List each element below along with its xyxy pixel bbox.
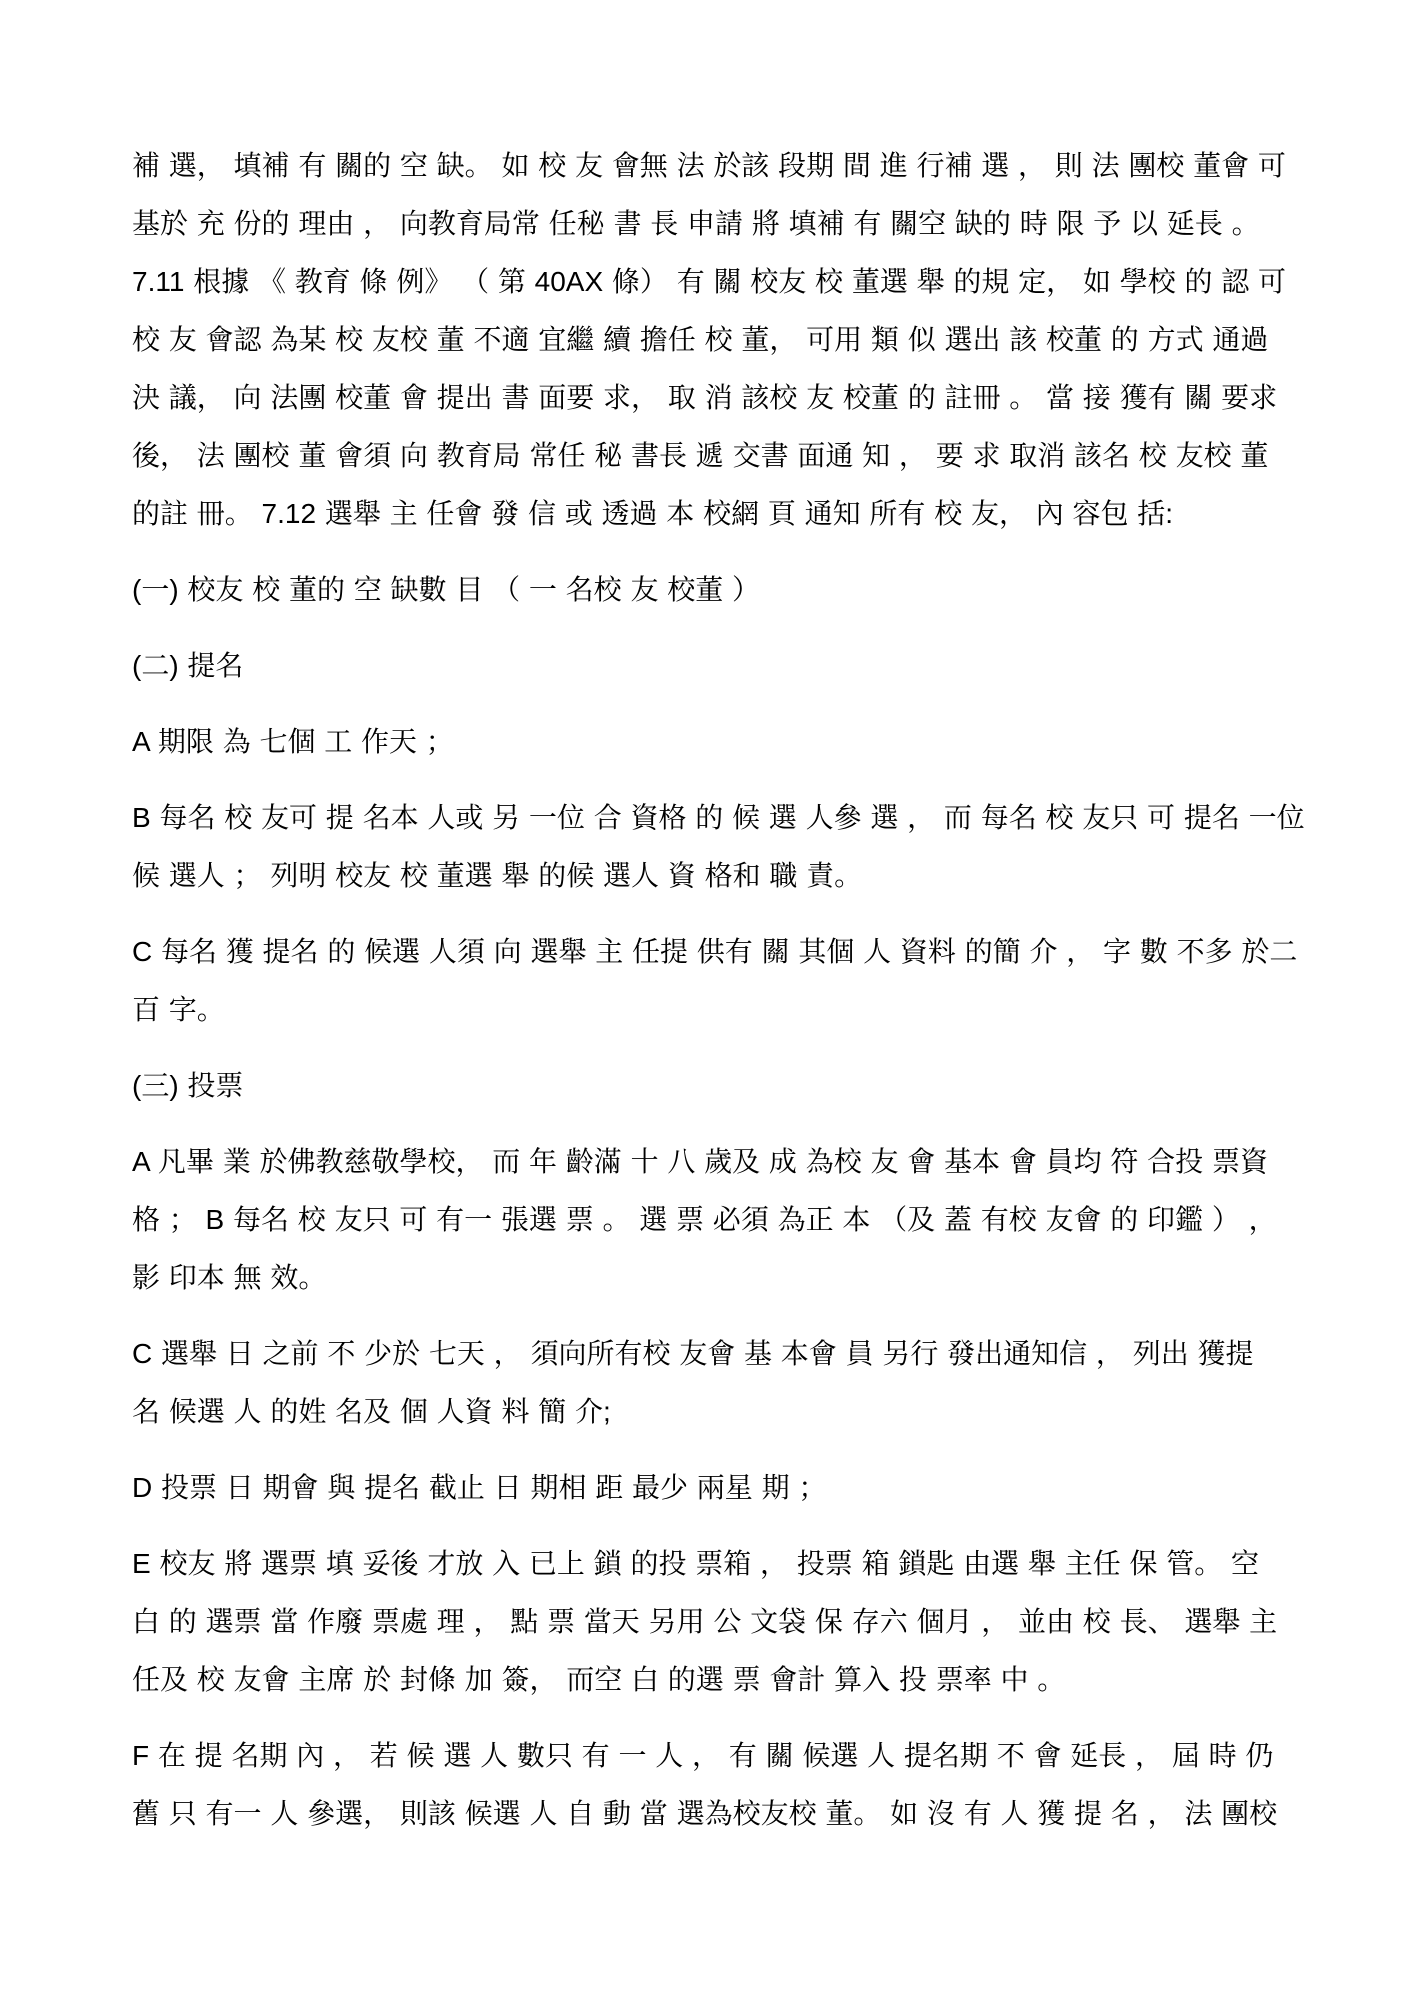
paragraph: B 每名 校 友可 提 名本 人或 另 一位 合 資格 的 候 選 人參 選 ，… xyxy=(132,789,1294,905)
text-line: 校 友 會認 為某 校 友校 董 不適 宜繼 續 擔任 校 董， 可用 類 似 … xyxy=(132,311,1294,369)
text-line: B 每名 校 友可 提 名本 人或 另 一位 合 資格 的 候 選 人參 選 ，… xyxy=(132,789,1294,847)
text-line: 候 選人 ； 列明 校友 校 董選 舉 的候 選人 資 格和 職 責。 xyxy=(132,847,1294,905)
text-line: F 在 提 名期 內 ， 若 候 選 人 數只 有 一 人 ， 有 關 候選 人… xyxy=(132,1727,1294,1785)
text-line: 百 字。 xyxy=(132,981,1294,1039)
text-line: C 每名 獲 提名 的 候選 人須 向 選舉 主 任提 供有 關 其個 人 資料… xyxy=(132,923,1294,981)
text-line: D 投票 日 期會 與 提名 截止 日 期相 距 最少 兩星 期 ； xyxy=(132,1459,1294,1517)
paragraph: A 凡畢 業 於佛教慈敬學校， 而 年 齡滿 十 八 歲及 成 為校 友 會 基… xyxy=(132,1133,1294,1307)
text-line: 後， 法 團校 董 會須 向 教育局 常任 秘 書長 遞 交書 面通 知 ， 要… xyxy=(132,427,1294,485)
text-line: (二) 提名 xyxy=(132,637,1294,695)
document-page: 補 選， 填補 有 關的 空 缺。 如 校 友 會無 法 於該 段期 間 進 行… xyxy=(0,0,1414,2000)
paragraph: C 選舉 日 之前 不 少於 七天 ， 須向所有校 友會 基 本會 員 另行 發… xyxy=(132,1325,1294,1441)
text-line: A 凡畢 業 於佛教慈敬學校， 而 年 齡滿 十 八 歲及 成 為校 友 會 基… xyxy=(132,1133,1294,1191)
paragraph: C 每名 獲 提名 的 候選 人須 向 選舉 主 任提 供有 關 其個 人 資料… xyxy=(132,923,1294,1039)
text-line: 決 議， 向 法團 校董 會 提出 書 面要 求， 取 消 該校 友 校董 的 … xyxy=(132,369,1294,427)
text-line: 白 的 選票 當 作廢 票處 理 ， 點 票 當天 另用 公 文袋 保 存六 個… xyxy=(132,1593,1294,1651)
text-line: C 選舉 日 之前 不 少於 七天 ， 須向所有校 友會 基 本會 員 另行 發… xyxy=(132,1325,1294,1383)
paragraph: A 期限 為 七個 工 作天 ； xyxy=(132,713,1294,771)
paragraph: F 在 提 名期 內 ， 若 候 選 人 數只 有 一 人 ， 有 關 候選 人… xyxy=(132,1727,1294,1843)
text-line: 的註 冊。 7.12 選舉 主 任會 發 信 或 透過 本 校網 頁 通知 所有… xyxy=(132,485,1294,543)
text-line: 基於 充 份的 理由 ， 向教育局常 任秘 書 長 申請 將 填補 有 關空 缺… xyxy=(132,195,1294,253)
text-line: 補 選， 填補 有 關的 空 缺。 如 校 友 會無 法 於該 段期 間 進 行… xyxy=(132,137,1294,195)
text-line: E 校友 將 選票 填 妥後 才放 入 已上 鎖 的投 票箱 ， 投票 箱 鎖匙… xyxy=(132,1535,1294,1593)
text-line: 影 印本 無 效。 xyxy=(132,1249,1294,1307)
text-line: (一) 校友 校 董的 空 缺數 目 （ 一 名校 友 校董 ） xyxy=(132,561,1294,619)
text-line: 7.11 根據 《 教育 條 例》 （ 第 40AX 條） 有 關 校友 校 董… xyxy=(132,253,1294,311)
paragraph: 補 選， 填補 有 關的 空 缺。 如 校 友 會無 法 於該 段期 間 進 行… xyxy=(132,137,1294,543)
text-line: 舊 只 有一 人 參選， 則該 候選 人 自 動 當 選為校友校 董。 如 沒 … xyxy=(132,1785,1294,1843)
text-line: A 期限 為 七個 工 作天 ； xyxy=(132,713,1294,771)
paragraph: (一) 校友 校 董的 空 缺數 目 （ 一 名校 友 校董 ） xyxy=(132,561,1294,619)
text-line: 任及 校 友會 主席 於 封條 加 簽， 而空 白 的選 票 會計 算入 投 票… xyxy=(132,1651,1294,1709)
text-line: 名 候選 人 的姓 名及 個 人資 料 簡 介; xyxy=(132,1383,1294,1441)
paragraph: E 校友 將 選票 填 妥後 才放 入 已上 鎖 的投 票箱 ， 投票 箱 鎖匙… xyxy=(132,1535,1294,1709)
text-line: (三) 投票 xyxy=(132,1057,1294,1115)
text-line: 格 ； B 每名 校 友只 可 有一 張選 票 。 選 票 必須 為正 本 （及… xyxy=(132,1191,1294,1249)
paragraph: D 投票 日 期會 與 提名 截止 日 期相 距 最少 兩星 期 ； xyxy=(132,1459,1294,1517)
paragraph: (二) 提名 xyxy=(132,637,1294,695)
paragraph: (三) 投票 xyxy=(132,1057,1294,1115)
document-content: 補 選， 填補 有 關的 空 缺。 如 校 友 會無 法 於該 段期 間 進 行… xyxy=(0,0,1414,1861)
